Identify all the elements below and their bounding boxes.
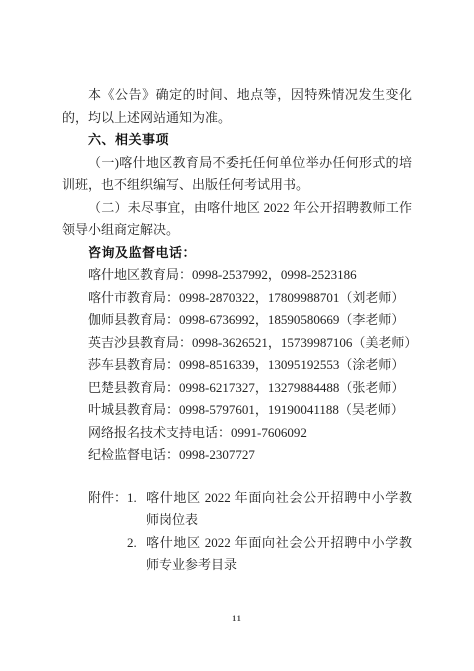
attachment-item-2: 2. 喀什地区 2022 年面向社会公开招聘中小学教师专业参考目录 [127,532,412,577]
phones-heading: 咨询及监督电话： [62,242,412,265]
attachment-number: 2. [127,532,146,577]
phone-line-kashgar-prefecture: 喀什地区教育局：0998-2537992，0998-2523186 [62,264,412,287]
phone-line-jiashi: 伽师县教育局：0998-6736992，18590580669（李老师） [62,309,412,332]
attachments-block: 附件： 1. 喀什地区 2022 年面向社会公开招聘中小学教师岗位表 2. 喀什… [62,487,412,577]
phone-line-kashgar-city: 喀什市教育局：0998-2870322，17809988701（刘老师） [62,287,412,310]
notice-paragraph: 本《公告》确定的时间、地点等，因特殊情况发生变化的，均以上述网站通知为准。 [62,84,412,129]
item-2-paragraph: （二）未尽事宜，由喀什地区 2022 年公开招聘教师工作领导小组商定解决。 [62,197,412,242]
phone-line-discipline: 纪检监督电话：0998-2307727 [62,444,412,467]
phone-line-yecheng: 叶城县教育局：0998-5797601，19190041188（吴老师） [62,399,412,422]
phone-line-online-support: 网络报名技术支持电话：0991-7606092 [62,422,412,445]
item-1-paragraph: （一)喀什地区教育局不委托任何单位举办任何形式的培训班，也不组织编写、出版任何考… [62,152,412,197]
attachments-list: 1. 喀什地区 2022 年面向社会公开招聘中小学教师岗位表 2. 喀什地区 2… [127,487,412,577]
attachment-number: 1. [127,487,146,532]
page-number: 11 [0,608,474,631]
phone-line-bachu: 巴楚县教育局：0998-6217327，13279884488（张老师） [62,377,412,400]
phone-line-yengisar: 英吉沙县教育局：0998-3626521，15739987106（美老师） [62,332,412,355]
section-heading: 六、相关事项 [62,129,412,152]
attachments-label: 附件： [88,487,127,577]
phone-line-shache: 莎车县教育局：0998-8516339，13095192553（涂老师） [62,354,412,377]
attachment-text: 喀什地区 2022 年面向社会公开招聘中小学教师专业参考目录 [146,532,412,577]
attachment-item-1: 1. 喀什地区 2022 年面向社会公开招聘中小学教师岗位表 [127,487,412,532]
document-page: 本《公告》确定的时间、地点等，因特殊情况发生变化的，均以上述网站通知为准。 六、… [0,0,474,671]
attachment-text: 喀什地区 2022 年面向社会公开招聘中小学教师岗位表 [146,487,412,532]
